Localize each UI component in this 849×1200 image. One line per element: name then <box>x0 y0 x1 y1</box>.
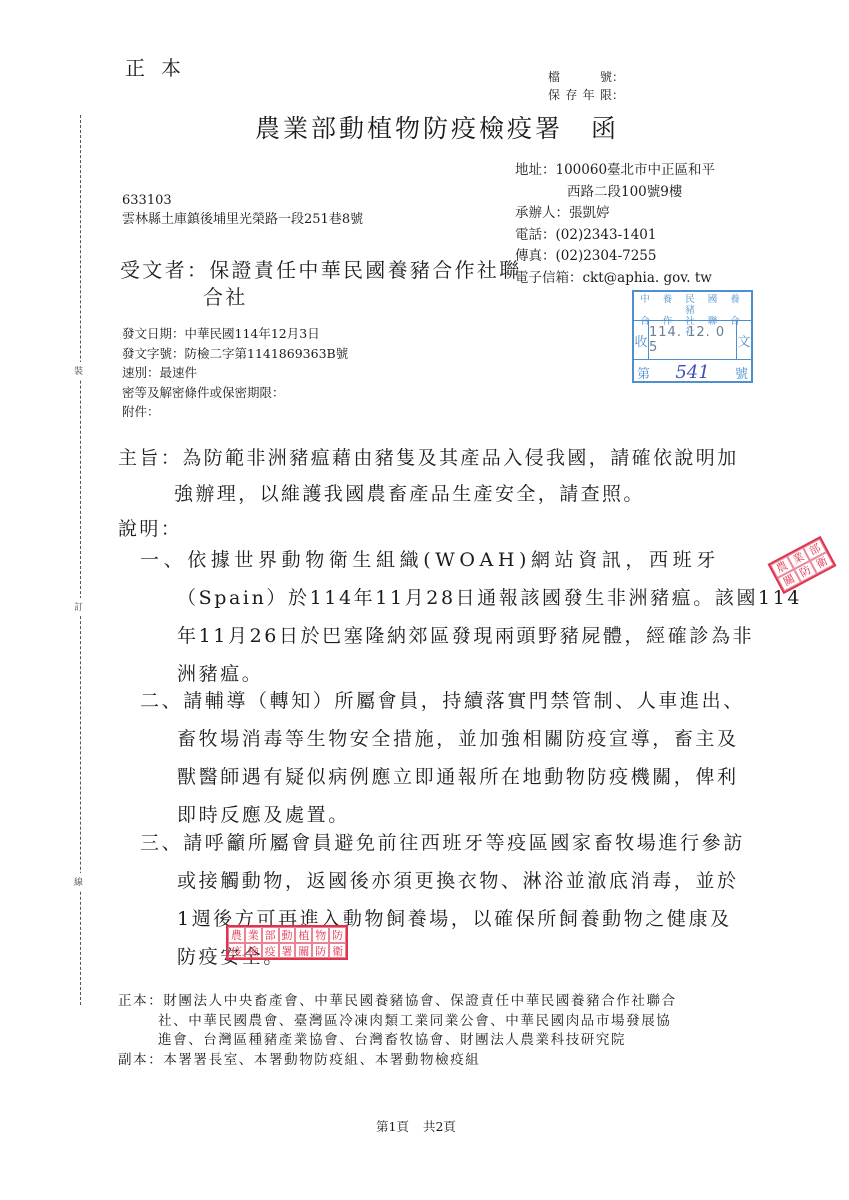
phone-value: (02)2343-1401 <box>556 227 657 243</box>
document-number: 發文字號：防檢二字第1141869363B號 <box>122 344 348 364</box>
attachments: 附件： <box>122 402 348 422</box>
sender-contact: 地址：100060臺北市中正區和平 西路二段100號9樓 承辦人：張凱婷 電話：… <box>515 160 715 289</box>
document-meta: 發文日期：中華民國114年12月3日 發文字號：防檢二字第1141869363B… <box>122 324 348 422</box>
handler-label: 承辦人 <box>515 205 556 221</box>
copy-type-label: 正本 <box>125 52 197 81</box>
explanation-item-1: 一、依據世界動物衛生組織(WOAH)網站資訊，西班牙 （Spain）於114年1… <box>140 541 802 693</box>
explanation-item-2: 二、請輔導（轉知）所屬會員，持續落實門禁管制、人車進出、 畜牧場消毒等生物安全措… <box>140 682 745 834</box>
current-page: 第1頁 <box>376 1119 409 1134</box>
email-value: ckt@aphia. gov. tw <box>583 270 712 286</box>
binding-char-ding: 訂 <box>74 598 83 615</box>
explanation-label: 說明： <box>118 514 182 541</box>
file-meta: 檔號： 保存年限： <box>548 68 624 104</box>
address-label: 地址 <box>515 162 542 178</box>
item-marker: 二、 <box>140 690 183 712</box>
subject-line1: 為防範非洲豬瘟藉由豬隻及其產品入侵我國，請確依說明加 <box>182 447 738 469</box>
receipt-suffix: 號 <box>735 363 748 382</box>
street-address: 雲林縣土庫鎮後埔里光榮路一段251巷8號 <box>122 210 363 229</box>
total-pages: 共2頁 <box>423 1119 456 1134</box>
doc-kind: 函 <box>591 114 619 143</box>
document-title: 農業部動植物防疫檢疫署函 <box>255 109 619 145</box>
receipt-date: 114. 12. 0 5 <box>648 321 737 359</box>
receipt-prefix: 第 <box>637 363 650 382</box>
binding-char-xian: 線 <box>74 873 83 890</box>
address-line2: 西路二段100號9樓 <box>567 184 682 200</box>
fax-value: (02)2304-7255 <box>556 248 657 264</box>
recipient-name-line1: 保證責任中華民國養豬合作社聯 <box>209 258 521 282</box>
page-indicator: 第1頁共2頁 <box>376 1117 456 1135</box>
phone-label: 電話 <box>515 227 542 243</box>
receipt-left-char: 收 <box>634 321 648 359</box>
receipt-right-char: 文 <box>737 321 751 359</box>
original-recipients-label: 正本： <box>118 993 163 1009</box>
retention-row: 保存年限： <box>548 86 624 104</box>
binding-line <box>80 115 81 1005</box>
copy-recipients: 本署署長室、本署動物防疫組、本署動物檢疫組 <box>163 1052 480 1068</box>
file-number-row: 檔號： <box>548 68 624 86</box>
copy-recipients-label: 副本： <box>118 1052 163 1068</box>
agency-name: 農業部動植物防疫檢疫署 <box>255 114 563 143</box>
receipt-stamp: 中 養 民 國 養 豬 合 作 社 聯 合 社 收 114. 12. 0 5 文… <box>632 290 753 383</box>
item-marker: 三、 <box>140 832 183 854</box>
retention-label: 保存年限 <box>548 86 612 104</box>
classification: 密等及解密條件或保密期限： <box>122 383 348 403</box>
email-label: 電子信箱 <box>515 270 569 286</box>
receipt-number: 541 <box>675 362 709 383</box>
subject-line2: 強辦理，以維護我國農畜產品生產安全，請查照。 <box>118 476 739 512</box>
recipient: 受文者：保證責任中華民國養豬合作社聯 合社 <box>120 257 521 311</box>
handler-name: 張凱婷 <box>569 205 610 221</box>
postal-code: 633103 <box>122 191 363 210</box>
recipient-label: 受文者： <box>120 258 209 282</box>
urgency: 速別：最速件 <box>122 363 348 383</box>
distribution-list: 正本：財團法人中央畜產會、中華民國養豬協會、保證責任中華民國養豬合作社聯合 社、… <box>118 992 677 1070</box>
recipient-postal-address: 633103 雲林縣土庫鎮後埔里光榮路一段251巷8號 <box>122 191 363 229</box>
file-number-label: 檔號 <box>548 68 612 86</box>
item-marker: 一、 <box>140 549 187 571</box>
address-line1: 100060臺北市中正區和平 <box>556 162 716 178</box>
subject: 主旨：為防範非洲豬瘟藉由豬隻及其產品入侵我國，請確依說明加 強辦理，以維護我國農… <box>118 440 739 512</box>
subject-label: 主旨： <box>118 447 182 469</box>
recipient-name-line2: 合社 <box>120 284 521 311</box>
issue-date: 發文日期：中華民國114年12月3日 <box>122 324 348 344</box>
official-seal: 農 業 部 動 植 物 防 疫 檢 疫 署 關 防 衛 <box>226 925 348 960</box>
receipt-stamp-org: 中 養 民 國 養 豬 合 作 社 聯 合 社 <box>634 292 751 321</box>
binding-char-zhuang: 裝 <box>74 362 83 379</box>
